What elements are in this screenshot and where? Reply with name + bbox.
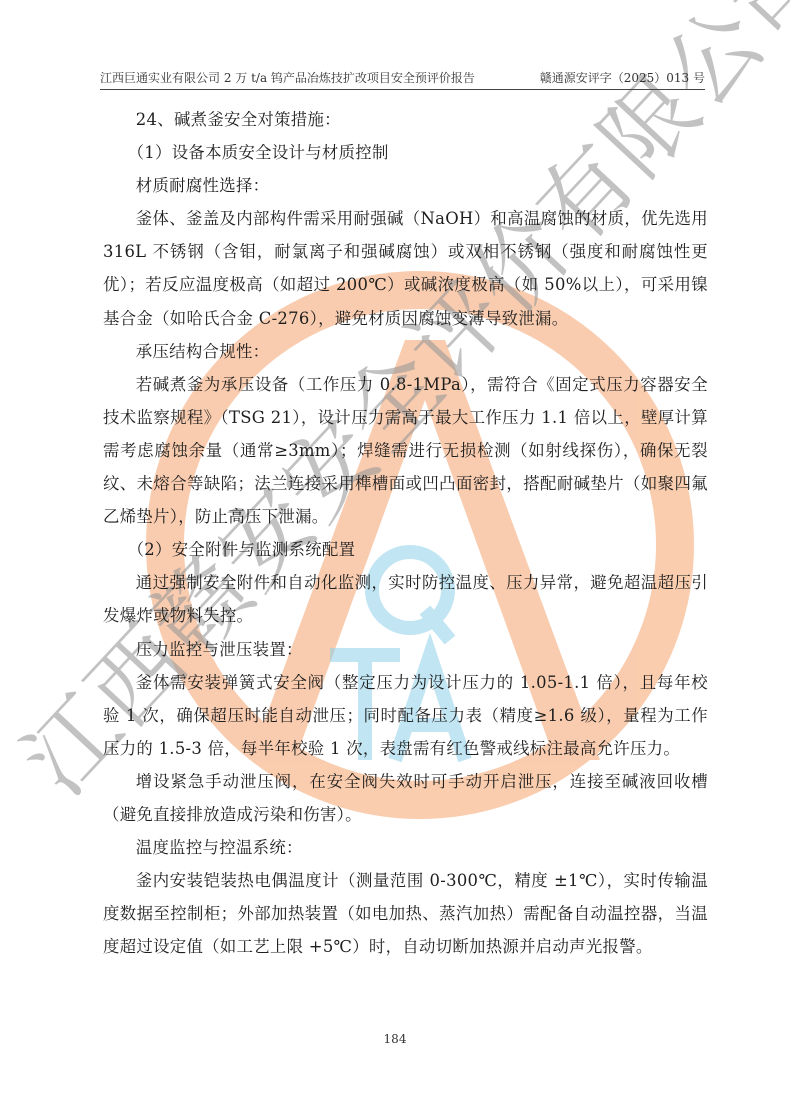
heading-pressure-monitor: 压力监控与泄压装置： xyxy=(103,633,708,666)
page-header: 江西巨通实业有限公司 2 万 t/a 钨产品冶炼技扩改项目安全预评价报告 赣通源… xyxy=(100,67,705,90)
heading-material: 材质耐腐性选择： xyxy=(103,169,708,202)
page-number: 184 xyxy=(0,1032,790,1046)
document-number: 赣通源安评字（2025）013 号 xyxy=(540,69,705,86)
report-title: 江西巨通实业有限公司 2 万 t/a 钨产品冶炼技扩改项目安全预评价报告 xyxy=(100,69,475,86)
paragraph-pressure-structure: 若碱煮釜为承压设备（工作压力 0.8-1MPa），需符合《固定式压力容器安全技术… xyxy=(103,368,708,533)
paragraph-temperature: 釜内安装铠装热电偶温度计（测量范围 0-300℃，精度 ±1℃），实时传输温度数… xyxy=(103,864,708,963)
paragraph-pressure-monitor-2: 增设紧急手动泄压阀，在安全阀失效时可手动开启泄压，连接至碱液回收槽（避免直接排放… xyxy=(103,765,708,831)
document-page: 江西赣安安全评价有限公司 江西巨通实业有限公司 2 万 t/a 钨产品冶炼技扩改… xyxy=(0,0,790,1117)
subsection-title-1: （1）设备本质安全设计与材质控制 xyxy=(103,136,708,169)
heading-pressure-structure: 承压结构合规性： xyxy=(103,335,708,368)
document-body: 24、碱煮釜安全对策措施： （1）设备本质安全设计与材质控制 材质耐腐性选择： … xyxy=(103,103,708,963)
paragraph-pressure-monitor-1: 釜体需安装弹簧式安全阀（整定压力为设计压力的 1.05-1.1 倍），且每年校验… xyxy=(103,666,708,765)
paragraph-material: 釜体、釜盖及内部构件需采用耐强碱（NaOH）和高温腐蚀的材质，优先选用 316L… xyxy=(103,202,708,334)
subsection-title-2: （2）安全附件与监测系统配置 xyxy=(103,533,708,566)
paragraph-subsection-2: 通过强制安全附件和自动化监测，实时防控温度、压力异常，避免超温超压引发爆炸或物料… xyxy=(103,566,708,632)
section-title: 24、碱煮釜安全对策措施： xyxy=(103,103,708,136)
heading-temperature: 温度监控与控温系统： xyxy=(103,831,708,864)
